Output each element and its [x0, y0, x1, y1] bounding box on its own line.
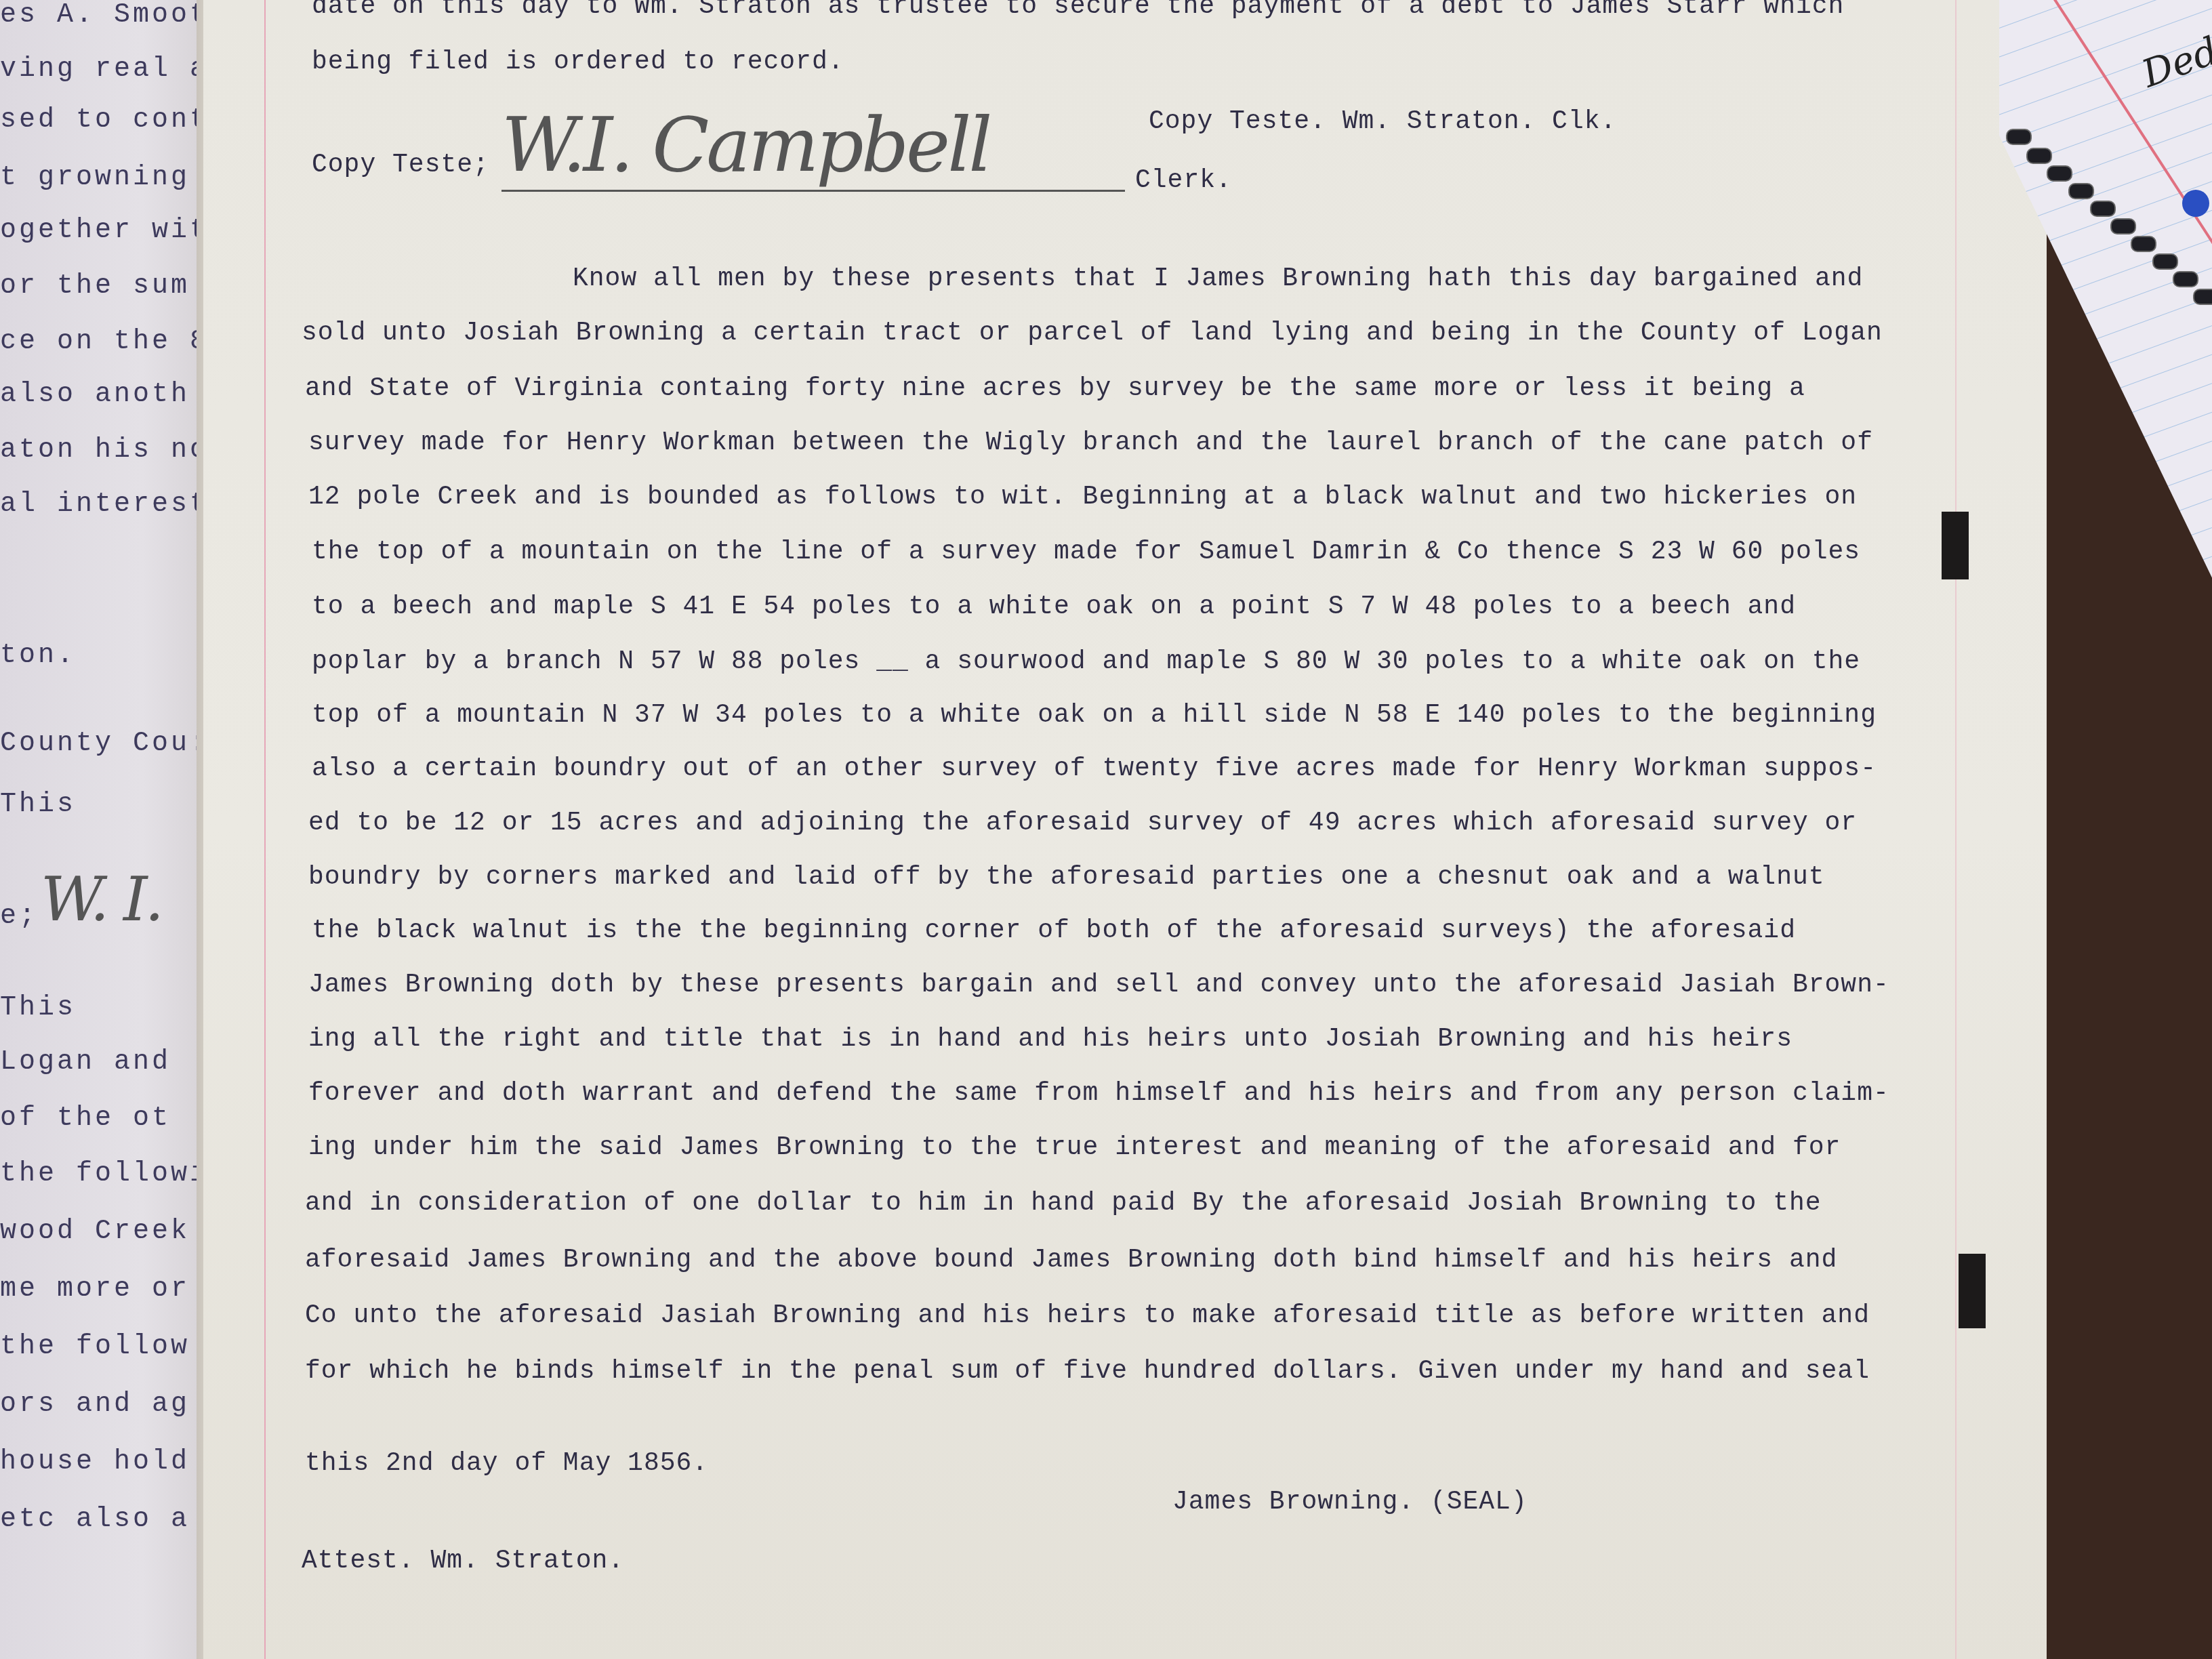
spiral-ring	[2006, 129, 2032, 145]
spiral-ring	[2193, 289, 2212, 305]
left-page-line: ors and ag	[0, 1389, 190, 1420]
left-page-line: sed to conta:	[0, 105, 203, 136]
left-page-line: of the ot	[0, 1103, 171, 1134]
deed-body-line: ing under him the said James Browning to…	[308, 1133, 1841, 1162]
spiral-ring	[2047, 165, 2072, 182]
deed-body-line: sold unto Josiah Browning a certain trac…	[302, 319, 1883, 348]
page-edge-tab	[1959, 1254, 1986, 1328]
left-page-line: the follow	[0, 1332, 190, 1362]
left-page-line: also anoth	[0, 380, 190, 410]
deed-body-line: top of a mountain N 37 W 34 poles to a w…	[312, 701, 1877, 730]
left-page-line: aton his no	[0, 435, 203, 466]
deed-body-line: the black walnut is the the beginning co…	[312, 916, 1796, 945]
deed-body-line: aforesaid James Browning and the above b…	[305, 1246, 1837, 1275]
deed-body-line: also a certain boundry out of an other s…	[312, 754, 1877, 783]
spiral-ring	[2110, 218, 2136, 234]
page-edge-tab	[1942, 512, 1969, 579]
left-page-line: al interest	[0, 489, 203, 520]
left-page-line: This	[0, 790, 76, 820]
left-page-line: etc also a	[0, 1504, 190, 1535]
copy-teste-label: Copy Teste;	[312, 150, 489, 180]
left-page-line: or the sum o	[0, 271, 203, 302]
deed-body-line: to a beech and maple S 41 E 54 poles to …	[312, 592, 1796, 621]
spiral-ring	[2152, 253, 2178, 270]
right-margin-rule	[1955, 0, 1957, 1659]
deed-body-line: the top of a mountain on the line of a s…	[312, 537, 1860, 567]
header-line: date on this day to Wm. Straton as trust…	[312, 0, 1844, 21]
left-margin-rule	[264, 0, 266, 1659]
deed-body-line: and in consideration of one dollar to hi…	[305, 1189, 1822, 1218]
deed-body-line: 12 pole Creek and is bounded as follows …	[308, 483, 1857, 512]
left-page-line: ogether with	[0, 216, 203, 246]
deed-body-line: this 2nd day of May 1856.	[305, 1449, 708, 1478]
left-page-line: Logan and	[0, 1047, 171, 1078]
spiral-ring	[2090, 201, 2116, 217]
deed-body-line: and State of Virginia containg forty nin…	[305, 374, 1805, 403]
spiral-ring	[2173, 271, 2198, 287]
copy-teste-clerk: Copy Teste. Wm. Straton. Clk.	[1149, 107, 1616, 136]
attest-line: Attest. Wm. Straton.	[302, 1547, 624, 1576]
left-page-line: ton.	[0, 640, 76, 671]
deed-record-page: date on this day to Wm. Straton as trust…	[203, 0, 2047, 1659]
deed-body-line: Know all men by these presents that I Ja…	[573, 264, 1863, 293]
deed-body-line: boundry by corners marked and laid off b…	[308, 863, 1825, 892]
spiral-ring	[2026, 148, 2052, 164]
clerk-label: Clerk.	[1135, 166, 1232, 195]
left-page-line: me more or	[0, 1274, 190, 1305]
deed-body-line: ing all the right and title that is in h…	[308, 1025, 1793, 1054]
deed-body-line: survey made for Henry Workman between th…	[308, 428, 1873, 457]
left-page-line: the followir	[0, 1159, 203, 1189]
spiral-ring	[2131, 236, 2156, 252]
clerk-signature: W.I. Campbell	[501, 102, 990, 188]
grantor-signature: James Browning. (SEAL)	[1172, 1488, 1528, 1517]
header-line: being filed is ordered to record.	[312, 47, 844, 77]
signature-line	[501, 190, 1125, 192]
underlying-left-page: es A. Smoot ving real an sed to conta: t…	[0, 0, 203, 1659]
deed-body-line: forever and doth warrant and defend the …	[308, 1079, 1889, 1108]
deed-body-line: poplar by a branch N 57 W 88 poles __ a …	[312, 647, 1860, 676]
left-page-line: ving real an	[0, 54, 203, 85]
left-page-line: wood Creek	[0, 1216, 190, 1247]
left-page-line: ce on the 8t	[0, 327, 203, 357]
left-page-line: This	[0, 993, 76, 1023]
deed-body-line: for which he binds himself in the penal …	[305, 1357, 1870, 1386]
deed-body-line: ed to be 12 or 15 acres and adjoining th…	[308, 808, 1857, 838]
deed-body-line: James Browning doth by these presents ba…	[308, 970, 1889, 1000]
left-page-line: t growning c	[0, 163, 203, 193]
left-page-signature: W. I.	[41, 864, 203, 912]
left-page-line: house hold	[0, 1447, 190, 1477]
spiral-ring	[2068, 183, 2094, 199]
deed-body-line: Co unto the aforesaid Jasiah Browning an…	[305, 1301, 1870, 1330]
left-page-line: es A. Smoot	[0, 0, 203, 30]
blue-ink-dot	[2182, 190, 2209, 217]
left-page-line: County Cou:	[0, 729, 203, 759]
left-page-line: e;	[0, 901, 38, 932]
